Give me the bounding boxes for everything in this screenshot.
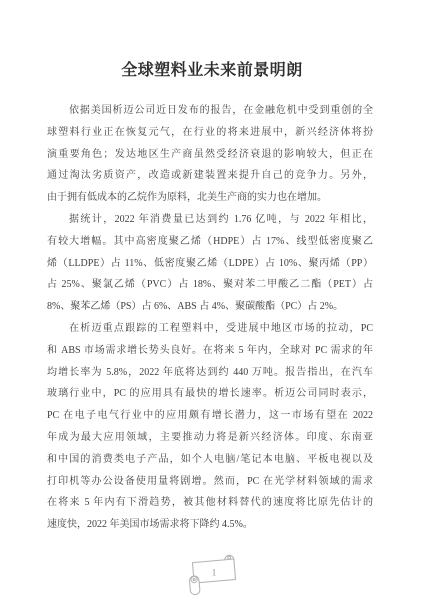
paragraph-line: 8%、聚苯乙烯（PS）占 6%、ABS 占 4%、聚碳酸酯（PC）占 2%。	[47, 296, 373, 318]
document-page: 全球塑料业未来前景明朗 依据美国析迈公司近日发布的报告，在金融危机中受到重创的全…	[0, 0, 424, 600]
paragraph-line: 通过淘汰劣质资产，改造或新建装置来提升自己的竞争力。另外，	[47, 165, 373, 187]
paragraph-line: 球塑料行业正在恢复元气，在行业的将来进展中，新兴经济体将扮	[47, 122, 373, 144]
paragraph-line: 年成为最大应用领域，主要推动力将是新兴经济体。印度、东南亚	[47, 427, 373, 449]
paragraph-line: 演重要角色；发达地区生产商虽然受经济衰退的影响较大，但正在	[47, 144, 373, 166]
paragraph-line: 和中国的消费类电子产品，如个人电脑/笔记本电脑、平板电视以及	[47, 449, 373, 471]
paragraph-line: 烯（LLDPE）占 11%、低密度聚乙烯（LDPE）占 10%、聚丙烯（PP）	[47, 253, 373, 275]
paragraph-line: 在将来 5 年内有下滑趋势，被其他材料替代的速度将比原先估计的	[47, 492, 373, 514]
paragraph-line: PC 在电子电气行业中的应用颇有增长潜力，这一市场有望在 2022	[47, 405, 373, 427]
page-number: 1	[212, 568, 217, 578]
paragraph-line: 玻璃行业中，PC 的应用具有最快的增长速率。析迈公司同时表示，	[47, 383, 373, 405]
paragraph-line: 占 25%、聚氯乙烯（PVC）占 18%、聚对苯二甲酸乙二酯（PET）占	[47, 274, 373, 296]
paragraph: 在析迈重点跟踪的工程塑料中，受进展中地区市场的拉动，PC 和 ABS 市场需求增…	[47, 318, 373, 536]
paragraph-line: 据统计，2022 年消费量已达到约 1.76 亿吨，与 2022 年相比，	[47, 209, 373, 231]
paragraph: 依据美国析迈公司近日发布的报告，在金融危机中受到重创的全 球塑料行业正在恢复元气…	[47, 100, 373, 209]
paragraph-line: 由于拥有低成本的乙烷作为原料，北美生产商的实力也在增加。	[47, 187, 373, 209]
page-title: 全球塑料业未来前景明朗	[0, 59, 424, 83]
paragraph-line: 和 ABS 市场需求增长势头良好。在将来 5 年内，全球对 PC 需求的年	[47, 340, 373, 362]
paragraph-line: 在析迈重点跟踪的工程塑料中，受进展中地区市场的拉动，PC	[47, 318, 373, 340]
paragraph: 据统计，2022 年消费量已达到约 1.76 亿吨，与 2022 年相比， 有较…	[47, 209, 373, 318]
paragraph-line: 速度快，2022 年美国市场需求将下降约 4.5%。	[47, 514, 373, 536]
paragraph-line: 依据美国析迈公司近日发布的报告，在金融危机中受到重创的全	[47, 100, 373, 122]
document-body: 依据美国析迈公司近日发布的报告，在金融危机中受到重创的全 球塑料行业正在恢复元气…	[47, 100, 373, 536]
scroll-icon: 1	[185, 551, 239, 597]
paragraph-line: 打印机等办公设备使用量将剧增。然而，PC 在光学材料领域的需求	[47, 471, 373, 493]
paragraph-line: 有较大增幅。其中高密度聚乙烯（HDPE）占 17%、线型低密度聚乙	[47, 231, 373, 253]
page-number-scroll: 1	[185, 551, 239, 597]
paragraph-line: 均增长率为 5.8%，2022 年底将达到约 440 万吨。报告指出，在汽车	[47, 362, 373, 384]
